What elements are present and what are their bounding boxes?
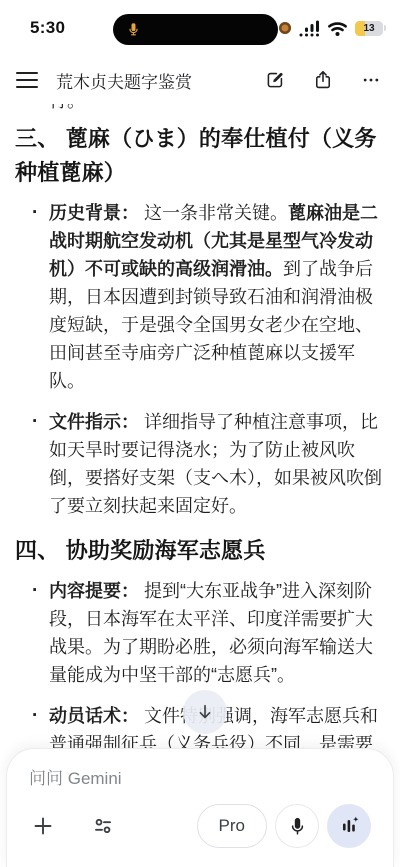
microphone-icon (287, 816, 308, 837)
arrow-down-icon (195, 702, 215, 722)
privacy-indicator-dot (279, 22, 291, 34)
page-title: 荒木贞夫题字鉴赏 (56, 68, 192, 93)
list-item: 文件指示： 详细指导了种植注意事项，比如天旱时要记得浇水；为了防止被风吹倒，要搭… (49, 408, 390, 520)
list-item: 内容提要： 提到“大东亚战争”进入深刻阶段，日本海军在太平洋、印度洋需要扩大战果… (49, 577, 390, 689)
add-attachment-button[interactable] (29, 812, 57, 840)
bullet-list: 历史背景： 这一条非常关键。蓖麻油是二战时期航空发动机（尤其是星型气冷发动机）不… (15, 199, 390, 520)
compose-icon (264, 69, 286, 91)
more-button[interactable] (358, 67, 384, 93)
clipped-text-line: 行。 (15, 104, 390, 116)
input-toolbar-left (29, 812, 117, 840)
section-heading-3: 三、 蓖麻（ひま）的奉仕植付（义务种植蓖麻） (15, 122, 390, 190)
share-icon (312, 69, 334, 91)
sparkle-icon (353, 817, 358, 822)
header-actions (262, 67, 384, 93)
cellular-signal-icon (298, 18, 320, 38)
screen: 5:30 13 (0, 0, 400, 867)
tools-button[interactable] (89, 812, 117, 840)
waveform-icon (337, 814, 361, 838)
share-button[interactable] (310, 67, 336, 93)
status-bar: 5:30 13 (0, 0, 400, 56)
list-item: 历史背景： 这一条非常关键。蓖麻油是二战时期航空发动机（尤其是星型气冷发动机）不… (49, 199, 390, 395)
more-icon (361, 70, 381, 90)
gemini-input-bar: 问问 Gemini Pro (6, 748, 394, 867)
input-toolbar-right: Pro (197, 804, 371, 848)
microphone-icon (126, 22, 141, 37)
wifi-icon (327, 18, 348, 38)
voice-input-button[interactable] (275, 804, 319, 848)
pro-model-button[interactable]: Pro (197, 804, 267, 848)
status-time: 5:30 (14, 18, 74, 38)
input-toolbar: Pro (29, 804, 371, 848)
scroll-to-bottom-button[interactable] (183, 690, 227, 734)
battery-nub (384, 25, 386, 31)
tune-icon (91, 814, 115, 838)
battery-indicator: 13 (355, 21, 383, 36)
ask-gemini-input[interactable]: 问问 Gemini (29, 764, 371, 789)
mic-active-pill (113, 14, 278, 45)
live-voice-mode-button[interactable] (327, 804, 371, 848)
app-header: 荒木贞夫题字鉴赏 (0, 56, 400, 104)
battery-percent: 13 (355, 21, 383, 36)
menu-button[interactable] (16, 68, 38, 92)
edit-button[interactable] (262, 67, 288, 93)
plus-icon (31, 814, 55, 838)
section-heading-4: 四、 协助奖励海军志愿兵 (15, 534, 390, 568)
menu-icon (16, 72, 38, 74)
status-icons: 13 (279, 18, 386, 38)
